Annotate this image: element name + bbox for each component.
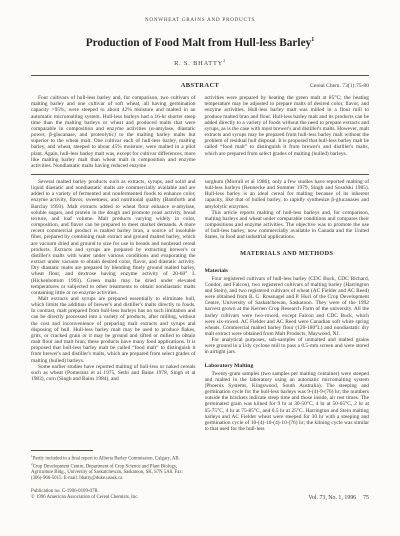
footnote-1: 1Partly included in a final report to Al… (31, 454, 196, 462)
publication-block: Publication no. C-1996-0109-07R. © 1996 … (31, 489, 196, 501)
page-title-text: Production of Food Malt from Hull-less B… (86, 37, 312, 49)
objective-paragraph: This article reports malting of hull-les… (205, 210, 370, 241)
intro-paragraph-1: Several malted barley products such as e… (31, 179, 196, 296)
footnote-divider (31, 450, 93, 451)
journal-page: NONWHEAT GRAINS AND PRODUCTS Production … (0, 0, 400, 536)
journal-footer: Vol. 73, No. 1, 199675 (205, 489, 370, 501)
body-column-right: sorghum (Morrall et al 1986); only a few… (205, 179, 370, 501)
intro-paragraph-2: Malt extracts and syrups are prepared es… (31, 296, 196, 364)
laboratory-malting-paragraph: Twenty-gram samples (two samples per mal… (205, 371, 370, 433)
abstract-column-right: activities were prepared by heating the … (205, 95, 370, 169)
running-head: NONWHEAT GRAINS AND PRODUCTS (31, 17, 369, 23)
subheading-materials: Materials (205, 268, 370, 274)
author-footnote-marker: 2 (223, 58, 226, 63)
volume-issue-text: Vol. 73, No. 1, 1996 (308, 495, 356, 501)
copyright-note: © 1996 American Association of Cereal Ch… (31, 495, 196, 501)
footnote-1-text: Partly included in a final report to Alb… (33, 456, 180, 461)
materials-paragraph-2: For analytical purposes, sub-samples of … (205, 337, 370, 355)
footnote-2-text: Crop Development Centre, Department of C… (31, 465, 183, 481)
body-columns: Several malted barley products such as e… (31, 179, 369, 501)
section-heading-materials-and-methods: MATERIALS AND METHODS (205, 250, 370, 257)
abstract-column-left: Four cultivars of hull-less barley and, … (31, 95, 196, 169)
journal-citation: Cereal Chem. 73(1):75-80 (310, 83, 369, 89)
body-column-left: Several malted barley products such as e… (31, 179, 196, 501)
page-number: 75 (363, 495, 369, 501)
author-name: R. S. BHATTY2 (31, 58, 369, 67)
header-divider (31, 75, 369, 76)
continuation-paragraph: sorghum (Morrall et al 1986); only a few… (205, 179, 370, 210)
page-title: Production of Food Malt from Hull-less B… (31, 37, 369, 49)
abstract-columns: Four cultivars of hull-less barley and, … (31, 95, 369, 169)
intro-paragraph-3: Some earlier studies have reported malti… (31, 364, 196, 382)
subheading-laboratory-malting: Laboratory Malting (205, 363, 370, 369)
abstract-divider (31, 174, 369, 175)
materials-paragraph-1: Four registered cultivars of hull-less b… (205, 276, 370, 338)
title-footnote-marker: 1 (311, 37, 314, 43)
abstract-header-row: ABSTRACT Cereal Chem. 73(1):75-80 (31, 82, 369, 91)
footnote-block: 1Partly included in a final report to Al… (31, 444, 196, 481)
footnote-2: 2Crop Development Centre, Department of … (31, 462, 196, 481)
author-name-text: R. S. BHATTY (174, 60, 223, 67)
